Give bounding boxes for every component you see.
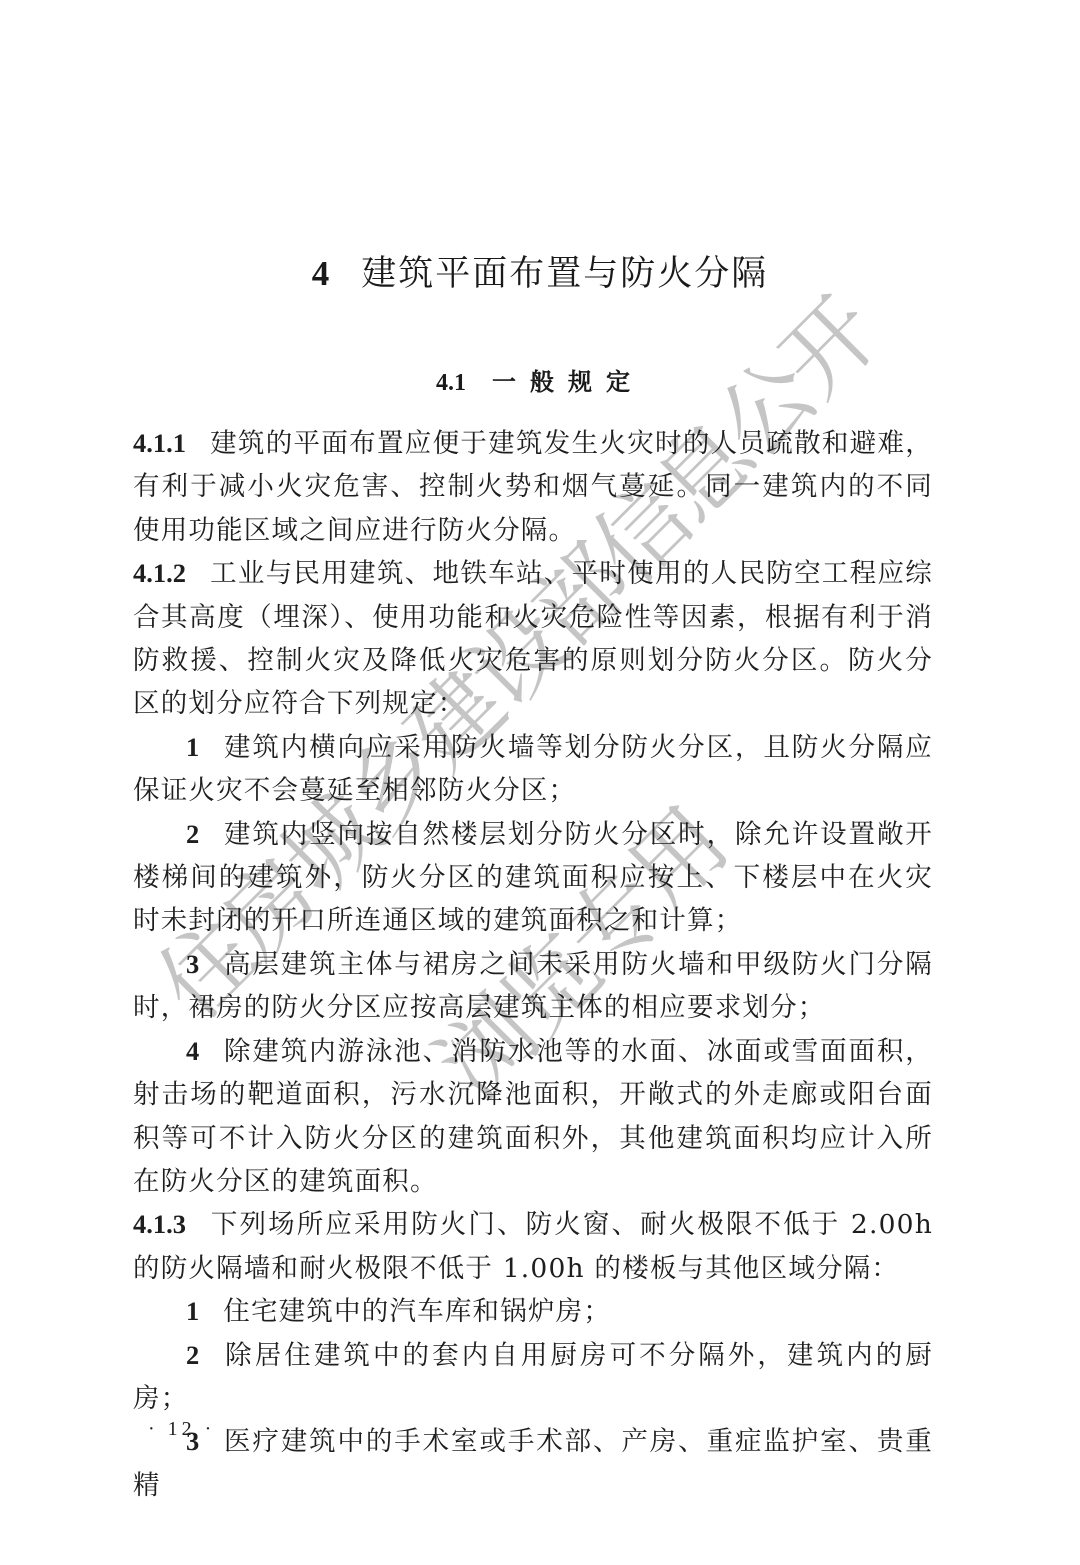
item-text: 建筑内竖向按自然楼层划分防火分区时，除允许设置敞开楼梯间的建筑外，防火分区的建筑… xyxy=(133,819,933,937)
item-number: 1 xyxy=(186,732,199,762)
clause-item: 2建筑内竖向按自然楼层划分防火分区时，除允许设置敞开楼梯间的建筑外，防火分区的建… xyxy=(133,813,933,943)
item-text: 住宅建筑中的汽车库和锅炉房； xyxy=(223,1296,611,1327)
clause-number: 4.1.3 xyxy=(133,1209,186,1239)
clause-4-1-1: 4.1.1建筑的平面布置应便于建筑发生火灾时的人员疏散和避难，有利于减小火灾危害… xyxy=(133,422,933,552)
item-text: 除居住建筑中的套内自用厨房可不分隔外，建筑内的厨房； xyxy=(133,1340,933,1414)
clause-item: 3高层建筑主体与裙房之间未采用防火墙和甲级防火门分隔时，裙房的防火分区应按高层建… xyxy=(133,943,933,1030)
item-number: 2 xyxy=(186,1340,199,1370)
clause-item: 1住宅建筑中的汽车库和锅炉房； xyxy=(133,1290,933,1333)
section-title: 4.1一般规定 xyxy=(0,362,1080,397)
section-title-text: 一般规定 xyxy=(492,367,644,396)
chapter-title-text: 建筑平面布置与防火分隔 xyxy=(361,254,768,294)
clause-item: 1建筑内横向应采用防火墙等划分防火分区，且防火分隔应保证火灾不会蔓延至相邻防火分… xyxy=(133,726,933,813)
clause-text: 下列场所应采用防火门、防火窗、耐火极限不低于 2.00h 的防火隔墙和耐火极限不… xyxy=(133,1209,933,1283)
section-number: 4.1 xyxy=(436,370,466,396)
item-number: 2 xyxy=(186,819,199,849)
page-number: · 12 · xyxy=(148,1418,215,1441)
chapter-number: 4 xyxy=(312,254,332,293)
body-text: 4.1.1建筑的平面布置应便于建筑发生火灾时的人员疏散和避难，有利于减小火灾危害… xyxy=(133,422,933,1507)
item-text: 除建筑内游泳池、消防水池等的水面、冰面或雪面面积，射击场的靶道面积，污水沉降池面… xyxy=(133,1036,933,1197)
item-number: 3 xyxy=(186,949,199,979)
clause-text: 工业与民用建筑、地铁车站、平时使用的人民防空工程应综合其高度（埋深）、使用功能和… xyxy=(133,558,933,719)
document-page: 住房城乡建设部信息公开 浏览专用 4建筑平面布置与防火分隔 4.1一般规定 4.… xyxy=(0,0,1080,1565)
clause-4-1-2: 4.1.2工业与民用建筑、地铁车站、平时使用的人民防空工程应综合其高度（埋深）、… xyxy=(133,552,933,726)
clause-item: 3医疗建筑中的手术室或手术部、产房、重症监护室、贵重精 xyxy=(133,1420,933,1507)
item-number: 4 xyxy=(186,1036,199,1066)
clause-number: 4.1.1 xyxy=(133,428,186,458)
clause-4-1-3: 4.1.3下列场所应采用防火门、防火窗、耐火极限不低于 2.00h 的防火隔墙和… xyxy=(133,1203,933,1290)
item-text: 医疗建筑中的手术室或手术部、产房、重症监护室、贵重精 xyxy=(133,1426,933,1500)
clause-item: 4除建筑内游泳池、消防水池等的水面、冰面或雪面面积，射击场的靶道面积，污水沉降池… xyxy=(133,1030,933,1204)
clause-item: 2除居住建筑中的套内自用厨房可不分隔外，建筑内的厨房； xyxy=(133,1334,933,1421)
clause-text: 建筑的平面布置应便于建筑发生火灾时的人员疏散和避难，有利于减小火灾危害、控制火势… xyxy=(133,428,933,546)
item-text: 高层建筑主体与裙房之间未采用防火墙和甲级防火门分隔时，裙房的防火分区应按高层建筑… xyxy=(133,949,933,1023)
clause-number: 4.1.2 xyxy=(133,558,186,588)
item-text: 建筑内横向应采用防火墙等划分防火分区，且防火分隔应保证火灾不会蔓延至相邻防火分区… xyxy=(133,732,933,806)
item-number: 1 xyxy=(186,1296,199,1326)
chapter-title: 4建筑平面布置与防火分隔 xyxy=(0,246,1080,296)
